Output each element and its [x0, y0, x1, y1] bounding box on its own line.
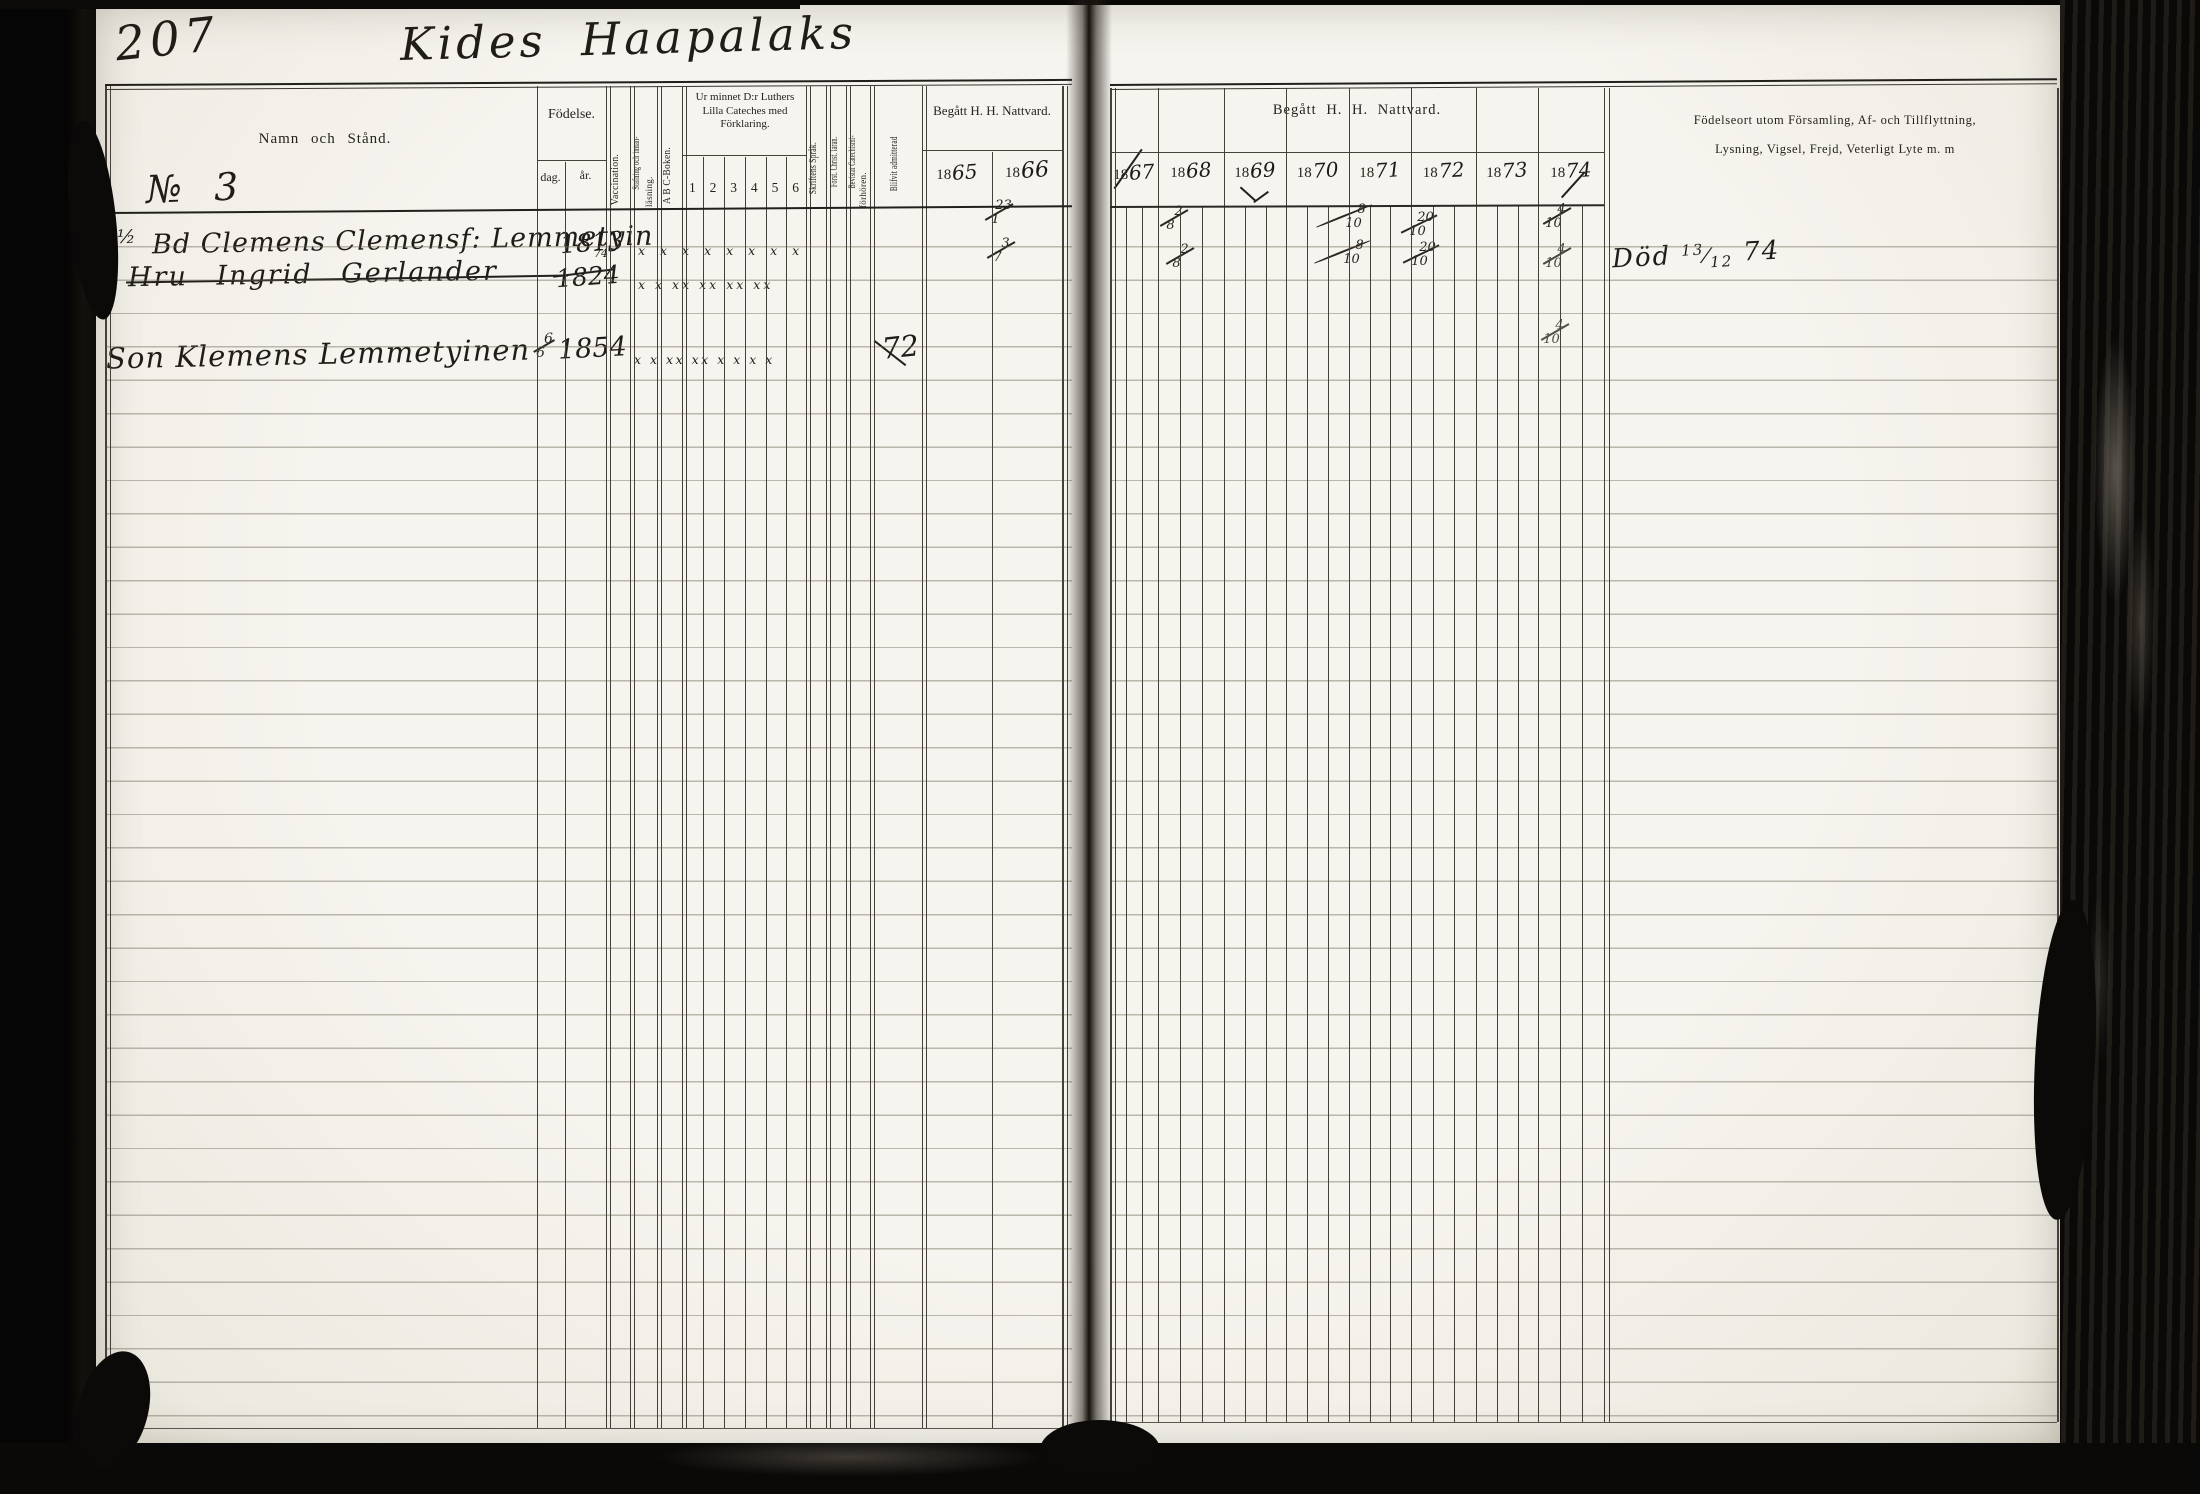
- year-1865: 1865: [922, 160, 992, 184]
- grid-line-v: [1497, 206, 1498, 1422]
- page-number: 207: [112, 7, 222, 73]
- col-header-blifvit: Blifvit admitterad: [889, 111, 900, 191]
- year-1870: 1870: [1286, 158, 1349, 182]
- year-1869: 1869: [1224, 158, 1286, 182]
- urminnet-col-1: 1: [689, 180, 696, 196]
- grid-line-h: [105, 1428, 1072, 1429]
- scan-blot: [1040, 1420, 1160, 1480]
- grid-line-v: [610, 86, 611, 1428]
- col-header-fodelse: Födelse.: [537, 107, 606, 123]
- grid-line-v: [1328, 206, 1329, 1422]
- household-number: № 3: [145, 164, 249, 212]
- scanned-parish-register: 207 Kides Haapalaks Namn och Stånd. Föde…: [0, 0, 2200, 1494]
- grid-line-v: [682, 86, 683, 1428]
- grid-line-v: [846, 86, 847, 1428]
- grid-line-v: [1286, 88, 1287, 1422]
- year-1866: 1866: [992, 158, 1062, 183]
- right-page-ruling: [1110, 214, 2057, 1420]
- notes-header-line2: Lysning, Vigsel, Frejd, Veterligt Lyte m…: [1625, 142, 2045, 157]
- grid-line-v: [922, 86, 923, 1428]
- grid-line-v: [630, 86, 631, 1428]
- col-header-namn: Namn och Stånd.: [160, 131, 490, 148]
- grid-line-v: [1307, 206, 1308, 1422]
- subcol-dag: dag.: [536, 170, 565, 185]
- urminnet-line1: Ur minnet D:r Luthers: [696, 91, 795, 103]
- col-header-stafning-line2: läsning.: [645, 93, 655, 207]
- year-1866-script: 66: [1020, 157, 1050, 184]
- grid-line-v: [657, 86, 658, 1428]
- grid-line-v: [634, 86, 635, 1428]
- grid-line-h: [922, 150, 1062, 151]
- grid-line-h: [682, 155, 806, 156]
- grid-line-v: [870, 86, 871, 1428]
- grid-line-v: [686, 86, 687, 1428]
- grid-line-v: [1115, 88, 1116, 1422]
- grid-line-v: [992, 152, 993, 1428]
- grid-line-v: [537, 86, 538, 1428]
- grid-line-v: [1433, 206, 1434, 1422]
- urminnet-line2: Lilla Cateches med: [703, 105, 788, 117]
- grid-line-v: [786, 157, 787, 1428]
- grid-line-v: [1476, 88, 1477, 1422]
- subcol-ar: år.: [565, 168, 606, 183]
- grid-line-v: [1180, 206, 1181, 1422]
- grid-line-v: [1538, 88, 1539, 1422]
- grid-line-v: [661, 86, 662, 1428]
- year-1865-printed: 18: [936, 167, 951, 183]
- grid-line-v: [1411, 88, 1412, 1422]
- grid-line-v: [1582, 206, 1583, 1422]
- urminnet-col-5: 5: [772, 180, 779, 196]
- grid-line-v: [1560, 206, 1561, 1422]
- year-1872: 1872: [1411, 158, 1476, 182]
- grid-line-h: [1110, 1422, 2057, 1423]
- grid-line-v: [1266, 206, 1267, 1422]
- grid-line-v: [2057, 88, 2059, 1422]
- col-header-begatt-left: Begått H. H. Nattvard.: [922, 103, 1062, 119]
- grid-line-v: [1604, 88, 1605, 1422]
- grid-line-v: [724, 157, 725, 1428]
- grid-line-v: [1158, 88, 1159, 1422]
- grid-line-v: [1062, 86, 1064, 1428]
- year-1866-printed: 18: [1005, 165, 1020, 181]
- grid-line-v: [1245, 206, 1246, 1422]
- grid-line-v: [703, 157, 704, 1428]
- grid-line-v: [850, 86, 851, 1428]
- col-header-abc: A B C-Boken.: [662, 96, 673, 204]
- col-header-urminnet: Ur minnet D:r Luthers Lilla Cateches med…: [683, 91, 807, 132]
- grid-line-v: [565, 162, 566, 1428]
- urminnet-subcols: 1 2 3 4 5 6: [682, 180, 806, 196]
- urminnet-col-3: 3: [730, 180, 737, 196]
- grid-line-h: [537, 160, 606, 161]
- urminnet-col-2: 2: [710, 180, 717, 196]
- grid-line-v: [1609, 88, 1610, 1422]
- grid-line-v: [745, 157, 746, 1428]
- grid-line-v: [1454, 206, 1455, 1422]
- grid-line-v: [1370, 206, 1371, 1422]
- grid-line-v: [810, 86, 811, 1428]
- col-header-bevistat-line2: förhören.: [859, 94, 869, 208]
- year-1874: 1874: [1538, 158, 1604, 182]
- grid-line-v: [606, 86, 607, 1428]
- urminnet-line3: Förklaring.: [720, 118, 769, 130]
- scan-border-top: [0, 0, 800, 9]
- year-1873: 1873: [1476, 158, 1538, 182]
- grid-line-v: [1349, 88, 1350, 1422]
- year-1871: 1871: [1349, 158, 1411, 182]
- book-gutter-shadow: [1066, 0, 1112, 1460]
- urminnet-col-6: 6: [792, 180, 799, 196]
- grid-line-v: [1126, 206, 1127, 1422]
- grid-line-v: [1142, 206, 1143, 1422]
- urminnet-col-4: 4: [751, 180, 758, 196]
- grid-line-v: [826, 86, 827, 1428]
- grid-line-v: [1518, 206, 1519, 1422]
- grid-line-v: [926, 86, 927, 1428]
- grid-line-v: [830, 86, 831, 1428]
- grid-line-v: [766, 157, 767, 1428]
- grid-line-v: [874, 86, 875, 1428]
- col-header-vaccination: Vaccination.: [610, 95, 621, 205]
- scan-border-right: [2060, 0, 2200, 1494]
- year-1865-script: 65: [951, 159, 978, 185]
- notes-header-line1: Födelseort utom Församling, Af- och Till…: [1625, 113, 2045, 128]
- col-header-begatt-right: Begått H. H. Nattvard.: [1110, 102, 1604, 119]
- year-1868: 1868: [1158, 158, 1224, 182]
- grid-line-h: [1110, 152, 1604, 153]
- grid-line-v: [1202, 206, 1203, 1422]
- grid-line-v: [1224, 88, 1225, 1422]
- grid-line-v: [806, 86, 807, 1428]
- grid-line-v: [1390, 206, 1391, 1422]
